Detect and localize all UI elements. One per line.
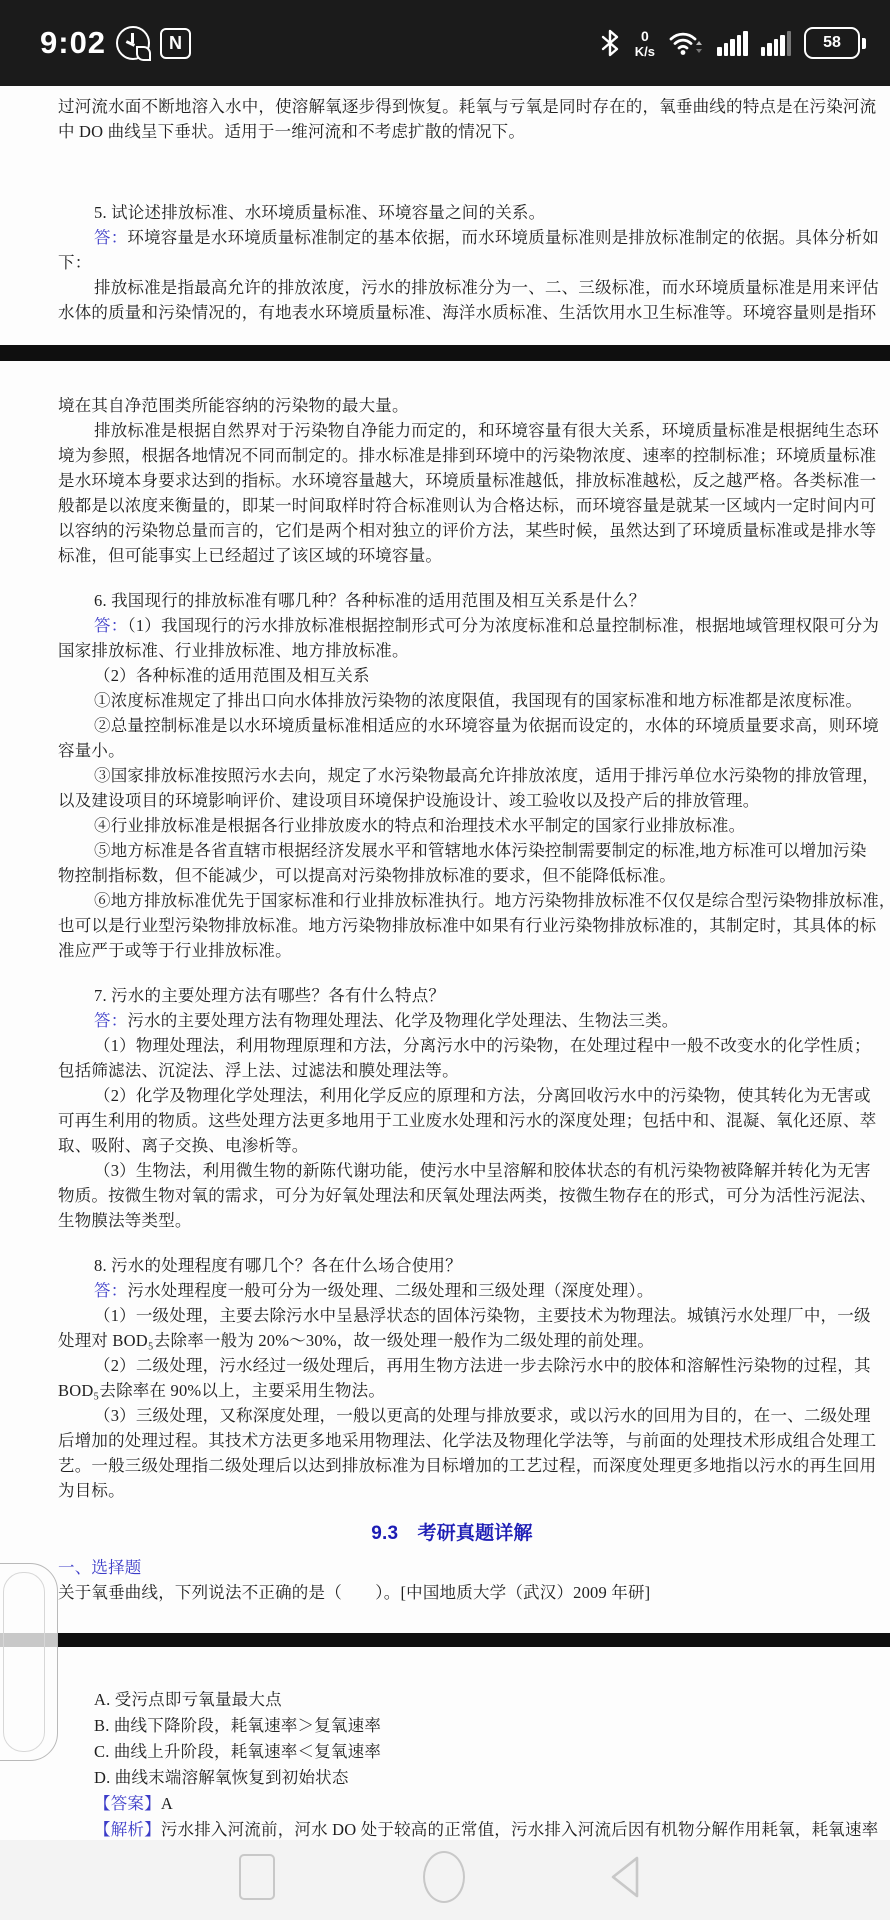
- text-line: ④行业排放标准是根据各行业排放废水的特点和治理技术水平制定的国家行业排放标准。: [58, 813, 846, 838]
- text-line: 以及建设项目的环境影响评价、建设项目环境保护设施设计、竣工验收以及投产后的排放管…: [58, 788, 846, 813]
- text-line: （1）一级处理，主要去除污水中呈悬浮状态的固体污染物，主要技术为物理法。城镇污水…: [58, 1303, 846, 1328]
- status-bar-right: 0 K/s 58: [598, 27, 890, 59]
- text-line: ①浓度标准规定了排出口向水体排放污染物的浓度限值，我国现有的国家标准和地方标准都…: [58, 688, 846, 713]
- signal-icon-2: [761, 30, 792, 56]
- text-line: 境为参照，根据各地情况不同而制定的。排水标准是排到环境中的污染物浓度、速率的控制…: [58, 443, 846, 468]
- battery-level: 58: [804, 27, 860, 59]
- text-line: 答：（1）我国现行的污水排放标准根据控制形式可分为浓度标准和总量控制标准，根据地…: [58, 613, 846, 638]
- text-line: 水体的质量和污染情况的，有地表水环境质量标准、海洋水质标准、生活饮用水卫生标准等…: [58, 300, 846, 325]
- text-line: 也可以是行业型污染物排放标准。地方污染物排放标准中如果有行业污染物排放标准的，其…: [58, 913, 846, 938]
- document-page-main: 境在其自净范围类所能容纳的污染物的最大量。排放标准是根据自然界对于污染物自净能力…: [0, 361, 890, 1633]
- text-line: 6. 我国现行的排放标准有哪几种？各种标准的适用范围及相互关系是什么？: [58, 588, 846, 613]
- text-line: 关于氧垂曲线，下列说法不正确的是（ ）。[中国地质大学（武汉）2009 年研]: [58, 1580, 846, 1605]
- text-line: 7. 污水的主要处理方法有哪些？各有什么特点？: [58, 983, 846, 1008]
- text-line: 8. 污水的处理程度有哪几个？各在什么场合使用？: [58, 1253, 846, 1278]
- text-line: ②总量控制标准是以水环境质量标准相适应的水环境容量为依据而设定的，水体的环境质量…: [58, 713, 846, 738]
- paragraph-gap: [58, 1233, 846, 1253]
- section-header: 9.3 考研真题详解: [58, 1521, 846, 1547]
- signal-icon: [717, 30, 748, 56]
- leaf-icon: [136, 46, 151, 61]
- text-line: 境在其自净范围类所能容纳的污染物的最大量。: [58, 393, 846, 418]
- paragraph-gap: [58, 1547, 846, 1555]
- answer-label: 答：: [94, 616, 127, 635]
- text-line: （1）物理处理法，利用物理原理和方法，分离污水中的污染物，在处理过程中一般不改变…: [58, 1033, 846, 1058]
- battery-icon: 58: [804, 27, 866, 59]
- answer-label: 答：: [94, 1281, 127, 1300]
- home-button[interactable]: [423, 1851, 465, 1903]
- text-line: 排放标准是指最高允许的排放浓度，污水的排放标准分为一、二、三级标准，而水环境质量…: [58, 275, 846, 300]
- paragraph-gap: [58, 144, 846, 200]
- text-line: 是水环境本身要求达到的指标。水环境容量越大，环境质量标准越低，排放标准越松，反之…: [58, 468, 846, 493]
- document-page-bottom: A. 受污点即亏氧量最大点B. 曲线下降阶段，耗氧速率＞复氧速率C. 曲线上升阶…: [0, 1647, 890, 1840]
- eco-clock-icon: [116, 26, 150, 60]
- network-speed-indicator: 0 K/s: [635, 29, 655, 58]
- text-line: 标准，但可能事实上已经超过了该区域的环境容量。: [58, 543, 846, 568]
- phone-screen: 9:02 N 0 K/s: [0, 0, 890, 1920]
- page-separator: [0, 345, 890, 361]
- text-line: ③国家排放标准按照污水去向，规定了水污染物最高允许排放浓度，适用于排污单位水污染…: [58, 763, 846, 788]
- text-line: 物质。按微生物对氧的需求，可分为好氧处理法和厌氧处理法两类，按微生物存在的形式，…: [58, 1183, 846, 1208]
- status-bar: 9:02 N 0 K/s: [0, 0, 890, 86]
- page-separator-2: [0, 1633, 890, 1647]
- text-line: 处理对 BOD₅去除率一般为 20%～30%，故一级处理一般作为二级处理的前处理…: [58, 1328, 846, 1353]
- text-line: ⑤地方标准是各省直辖市根据经济发展水平和管辖地水体污染控制需要制定的标准,地方标…: [58, 838, 846, 863]
- text-line: 般都是以浓度来衡量的，即某一时间取样时符合标准则认为合格达标，而环境容量是就某一…: [58, 493, 846, 518]
- subsection-title: 一、选择题: [58, 1555, 846, 1580]
- nfc-icon: N: [160, 28, 191, 59]
- text-line: 答：污水的主要处理方法有物理处理法、化学及物理化学处理法、生物法三类。: [58, 1008, 846, 1033]
- back-triangle-icon: [606, 1853, 646, 1901]
- text-line: 过河流水面不断地溶入水中，使溶解氧逐步得到恢复。耗氧与亏氧是同时存在的，氧垂曲线…: [58, 94, 846, 119]
- answer-label: 答：: [94, 1011, 127, 1030]
- text-line: 下：: [58, 250, 846, 275]
- battery-tip: [862, 38, 866, 49]
- text-line: 为目标。: [58, 1478, 846, 1503]
- text-line: 中 DO 曲线呈下垂状。适用于一维河流和不考虑扩散的情况下。: [58, 119, 846, 144]
- text-line: 以容纳的污染物总量而言的，它们是两个相对独立的评价方法，某些时候，虽然达到了环境…: [58, 518, 846, 543]
- page-curl-handle[interactable]: [0, 1563, 58, 1761]
- recents-button[interactable]: [239, 1854, 275, 1900]
- text-line: （3）三级处理，又称深度处理，一般以更高的处理与排放要求，或以污水的回用为目的，…: [58, 1403, 846, 1428]
- text-line: C. 曲线上升阶段，耗氧速率＜复氧速率: [58, 1739, 846, 1765]
- back-button[interactable]: [606, 1853, 646, 1901]
- text-line: 5. 试论述排放标准、水环境质量标准、环境容量之间的关系。: [58, 200, 846, 225]
- text-line: 取、吸附、离子交换、电渗析等。: [58, 1133, 846, 1158]
- text-line: A. 受污点即亏氧量最大点: [58, 1687, 846, 1713]
- text-line: 准应严于或等于行业排放标准。: [58, 938, 846, 963]
- text-line: 生物膜法等类型。: [58, 1208, 846, 1233]
- text-line: 答：污水处理程度一般可分为一级处理、二级处理和三级处理（深度处理）。: [58, 1278, 846, 1303]
- text-line: 后增加的处理过程。其技术方法更多地采用物理法、化学法及物理化学法等，与前面的处理…: [58, 1428, 846, 1453]
- bluetooth-icon: [598, 28, 622, 58]
- document-page-top: 过河流水面不断地溶入水中，使溶解氧逐步得到恢复。耗氧与亏氧是同时存在的，氧垂曲线…: [0, 86, 890, 345]
- text-line: 艺。一般三级处理指二级处理后以达到排放标准为目标增加的工艺过程，而深度处理更多地…: [58, 1453, 846, 1478]
- navigation-bar: [0, 1840, 890, 1920]
- paragraph-gap: [58, 963, 846, 983]
- text-line: 容量小。: [58, 738, 846, 763]
- text-line: D. 曲线末端溶解氧恢复到初始状态: [58, 1765, 846, 1791]
- clock-time: 9:02: [40, 25, 106, 61]
- text-line: 包括筛滤法、沉淀法、浮上法、过滤法和膜处理法等。: [58, 1058, 846, 1083]
- text-line: 可再生利用的物质。这些处理方法更多地用于工业废水处理和污水的深度处理；包括中和、…: [58, 1108, 846, 1133]
- text-line: 国家排放标准、行业排放标准、地方排放标准。: [58, 638, 846, 663]
- text-line: 【答案】A: [58, 1791, 846, 1817]
- status-bar-left: 9:02 N: [0, 25, 191, 61]
- wifi-icon: [668, 29, 704, 57]
- text-line: （3）生物法，利用微生物的新陈代谢功能，使污水中呈溶解和胶体状态的有机污染物被降…: [58, 1158, 846, 1183]
- network-speed-unit: K/s: [635, 45, 655, 58]
- text-line: （2）各种标准的适用范围及相互关系: [58, 663, 846, 688]
- paragraph-gap: [58, 568, 846, 588]
- text-line: （2）二级处理，污水经过一级处理后，再用生物方法进一步去除污水中的胶体和溶解性污…: [58, 1353, 846, 1378]
- text-line: ⑥地方排放标准优先于国家标准和行业排放标准执行。地方污染物排放标准不仅仅是综合型…: [58, 888, 846, 913]
- text-line: B. 曲线下降阶段，耗氧速率＞复氧速率: [58, 1713, 846, 1739]
- text-line: （2）化学及物理化学处理法，利用化学反应的原理和方法，分离回收污水中的污染物，使…: [58, 1083, 846, 1108]
- text-line: 物控制指标数，但不能减少，可以提高对污染物排放标准的要求，但不能降低标准。: [58, 863, 846, 888]
- answer-label: 【解析】: [94, 1820, 161, 1839]
- network-speed-value: 0: [641, 29, 649, 43]
- answer-label: 答：: [94, 228, 127, 247]
- text-line: 排放标准是根据自然界对于污染物自净能力而定的，和环境容量有很大关系，环境质量标准…: [58, 418, 846, 443]
- paragraph-gap: [58, 1503, 846, 1521]
- text-line: 答：环境容量是水环境质量标准制定的基本依据，而水环境质量标准则是排放标准制定的依…: [58, 225, 846, 250]
- answer-label: 【答案】: [94, 1794, 161, 1813]
- page-curl-inner: [3, 1572, 45, 1752]
- text-line: BOD₅去除率在 90%以上，主要采用生物法。: [58, 1378, 846, 1403]
